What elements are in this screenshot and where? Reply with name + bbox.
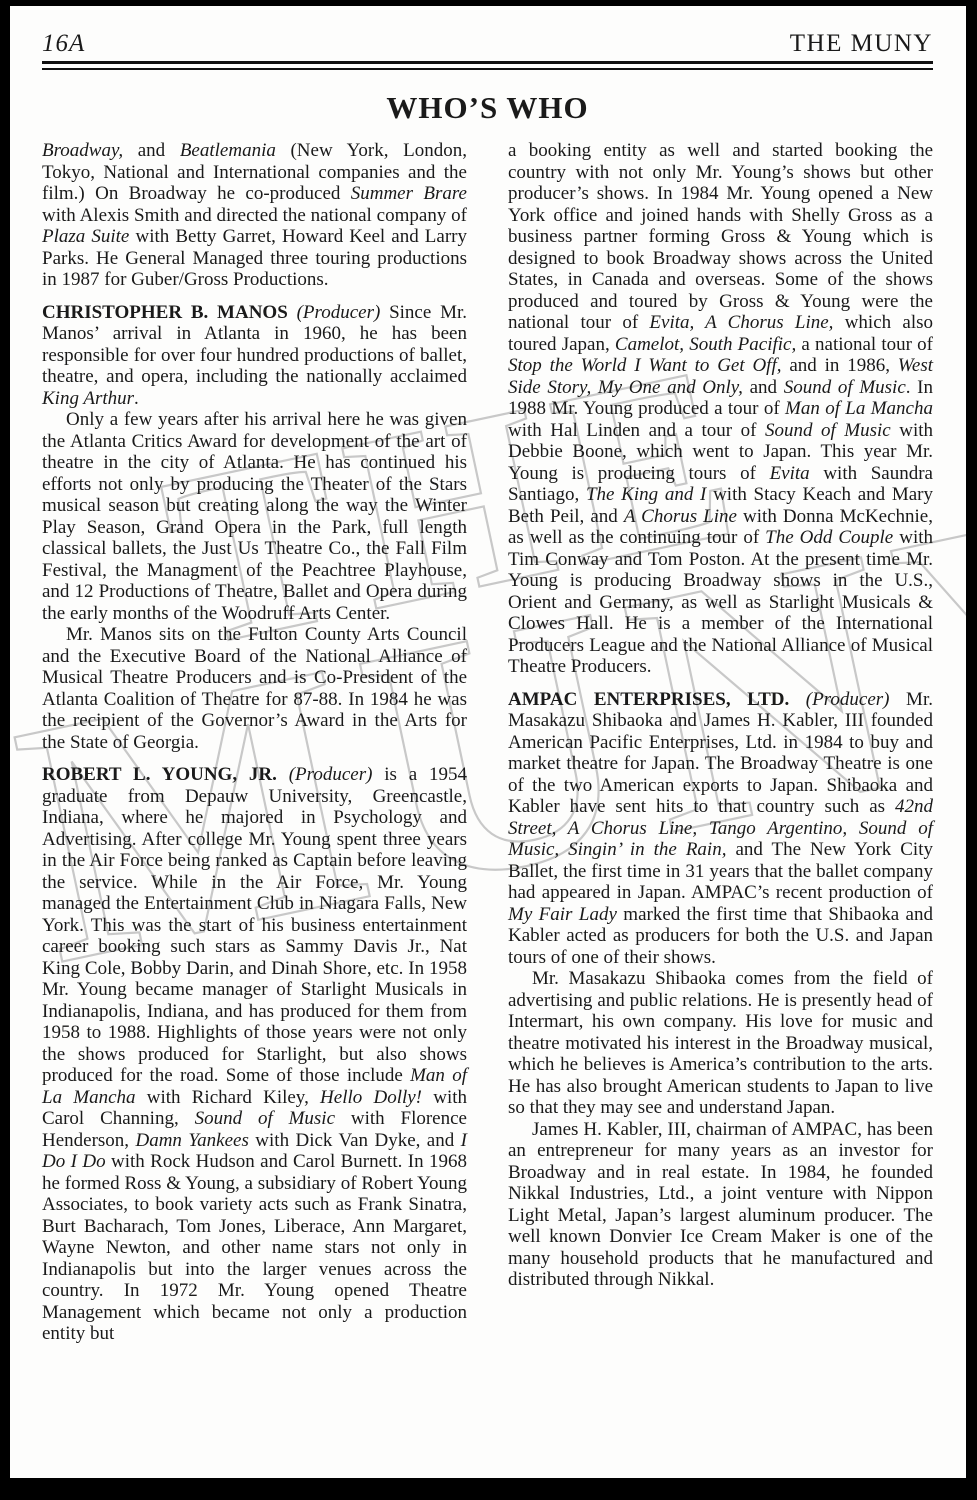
right-column: a booking entity as well and started boo…: [508, 140, 933, 1345]
text-columns: Broadway, and Beatlemania (New York, Lon…: [42, 140, 933, 1345]
paragraph: Mr. Manos sits on the Fulton County Arts…: [42, 624, 467, 753]
bio-entry-paragraph: ROBERT L. YOUNG, JR. (Producer) is a 195…: [42, 764, 467, 1345]
program-page: THE MUNY 16A THE MUNY WHO’S WHO Broadway…: [0, 0, 977, 1500]
paragraph: James H. Kabler, III, chairman of AMPAC,…: [508, 1119, 933, 1291]
page-content: 16A THE MUNY WHO’S WHO Broadway, and Bea…: [42, 0, 933, 1345]
paragraph: Broadway, and Beatlemania (New York, Lon…: [42, 140, 467, 291]
bio-entry-paragraph: AMPAC ENTERPRISES, LTD. (Producer) Mr. M…: [508, 689, 933, 969]
publication-name: THE MUNY: [790, 30, 933, 58]
scan-border-left: [0, 0, 10, 1500]
masthead: 16A THE MUNY: [42, 30, 933, 58]
bio-entry-paragraph: CHRISTOPHER B. MANOS (Producer) Since Mr…: [42, 302, 467, 410]
paragraph: Mr. Masakazu Shibaoka comes from the fie…: [508, 968, 933, 1119]
scan-border-bottom: [0, 1478, 977, 1500]
page-title: WHO’S WHO: [42, 90, 933, 126]
scan-border-right: [966, 0, 977, 1500]
left-column: Broadway, and Beatlemania (New York, Lon…: [42, 140, 467, 1345]
scan-border-top: [0, 0, 977, 6]
paragraph: a booking entity as well and started boo…: [508, 140, 933, 678]
paragraph: Only a few years after his arrival here …: [42, 409, 467, 624]
double-rule: [42, 61, 933, 70]
page-number: 16A: [42, 30, 85, 58]
